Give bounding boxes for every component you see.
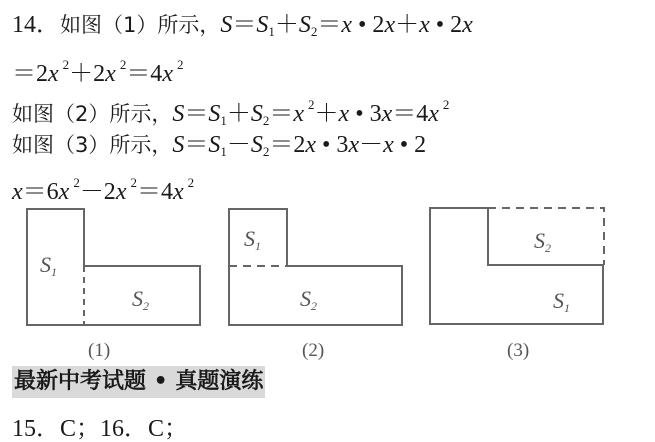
svg-text:S1: S1 [244,226,261,253]
svg-text:S1: S1 [40,252,57,279]
figure-3-caption: (3) [507,340,529,361]
figure-2-caption: (2) [302,340,324,361]
svg-text:S2: S2 [300,286,317,313]
svg-text:S2: S2 [534,228,551,255]
figure-1-caption: (1) [88,340,110,361]
figures-diagram: S1 S2 (1) S1 S2 (2) S2 S1 (3) [0,200,655,365]
solution-line-3: 如图（2）所示，S＝S1＋S2＝x2＋x • 3x＝4x2 [12,92,449,134]
solution-line-1: 14．如图（1）所示，S＝S1＋S2＝x • 2x＋x • 2x [12,12,473,45]
problem-number: 14． [12,12,60,38]
fig1-intro: 如图（1）所示， [60,13,220,37]
fig3-equation-part1: S＝S1－S2＝2x • 3x－x • 2 [172,132,426,158]
section-heading: 最新中考试题 • 真题演练 [12,366,265,398]
solution-line-2: ＝2x2＋2x2＝4x2 [12,52,183,88]
fig1-equation-part2: ＝2x2＋2x2＝4x2 [12,61,183,87]
svg-text:S2: S2 [132,286,149,313]
figure-2: S1 S2 (2) [229,209,402,361]
fig2-equation: S＝S1＋S2＝x2＋x • 3x＝4x2 [172,101,449,127]
solution-line-4: 如图（3）所示，S＝S1－S2＝2x • 3x－x • 2 [12,132,426,165]
answers-15-16: 15．C；16．C； [12,408,188,442]
fig1-equation-part1: S＝S1＋S2＝x • 2x＋x • 2x [220,12,472,38]
fig2-intro: 如图（2）所示， [12,102,172,126]
svg-text:S1: S1 [553,288,570,315]
figure-3: S2 S1 (3) [430,208,604,361]
fig3-intro: 如图（3）所示， [12,133,172,157]
figure-1: S1 S2 (1) [27,209,200,361]
